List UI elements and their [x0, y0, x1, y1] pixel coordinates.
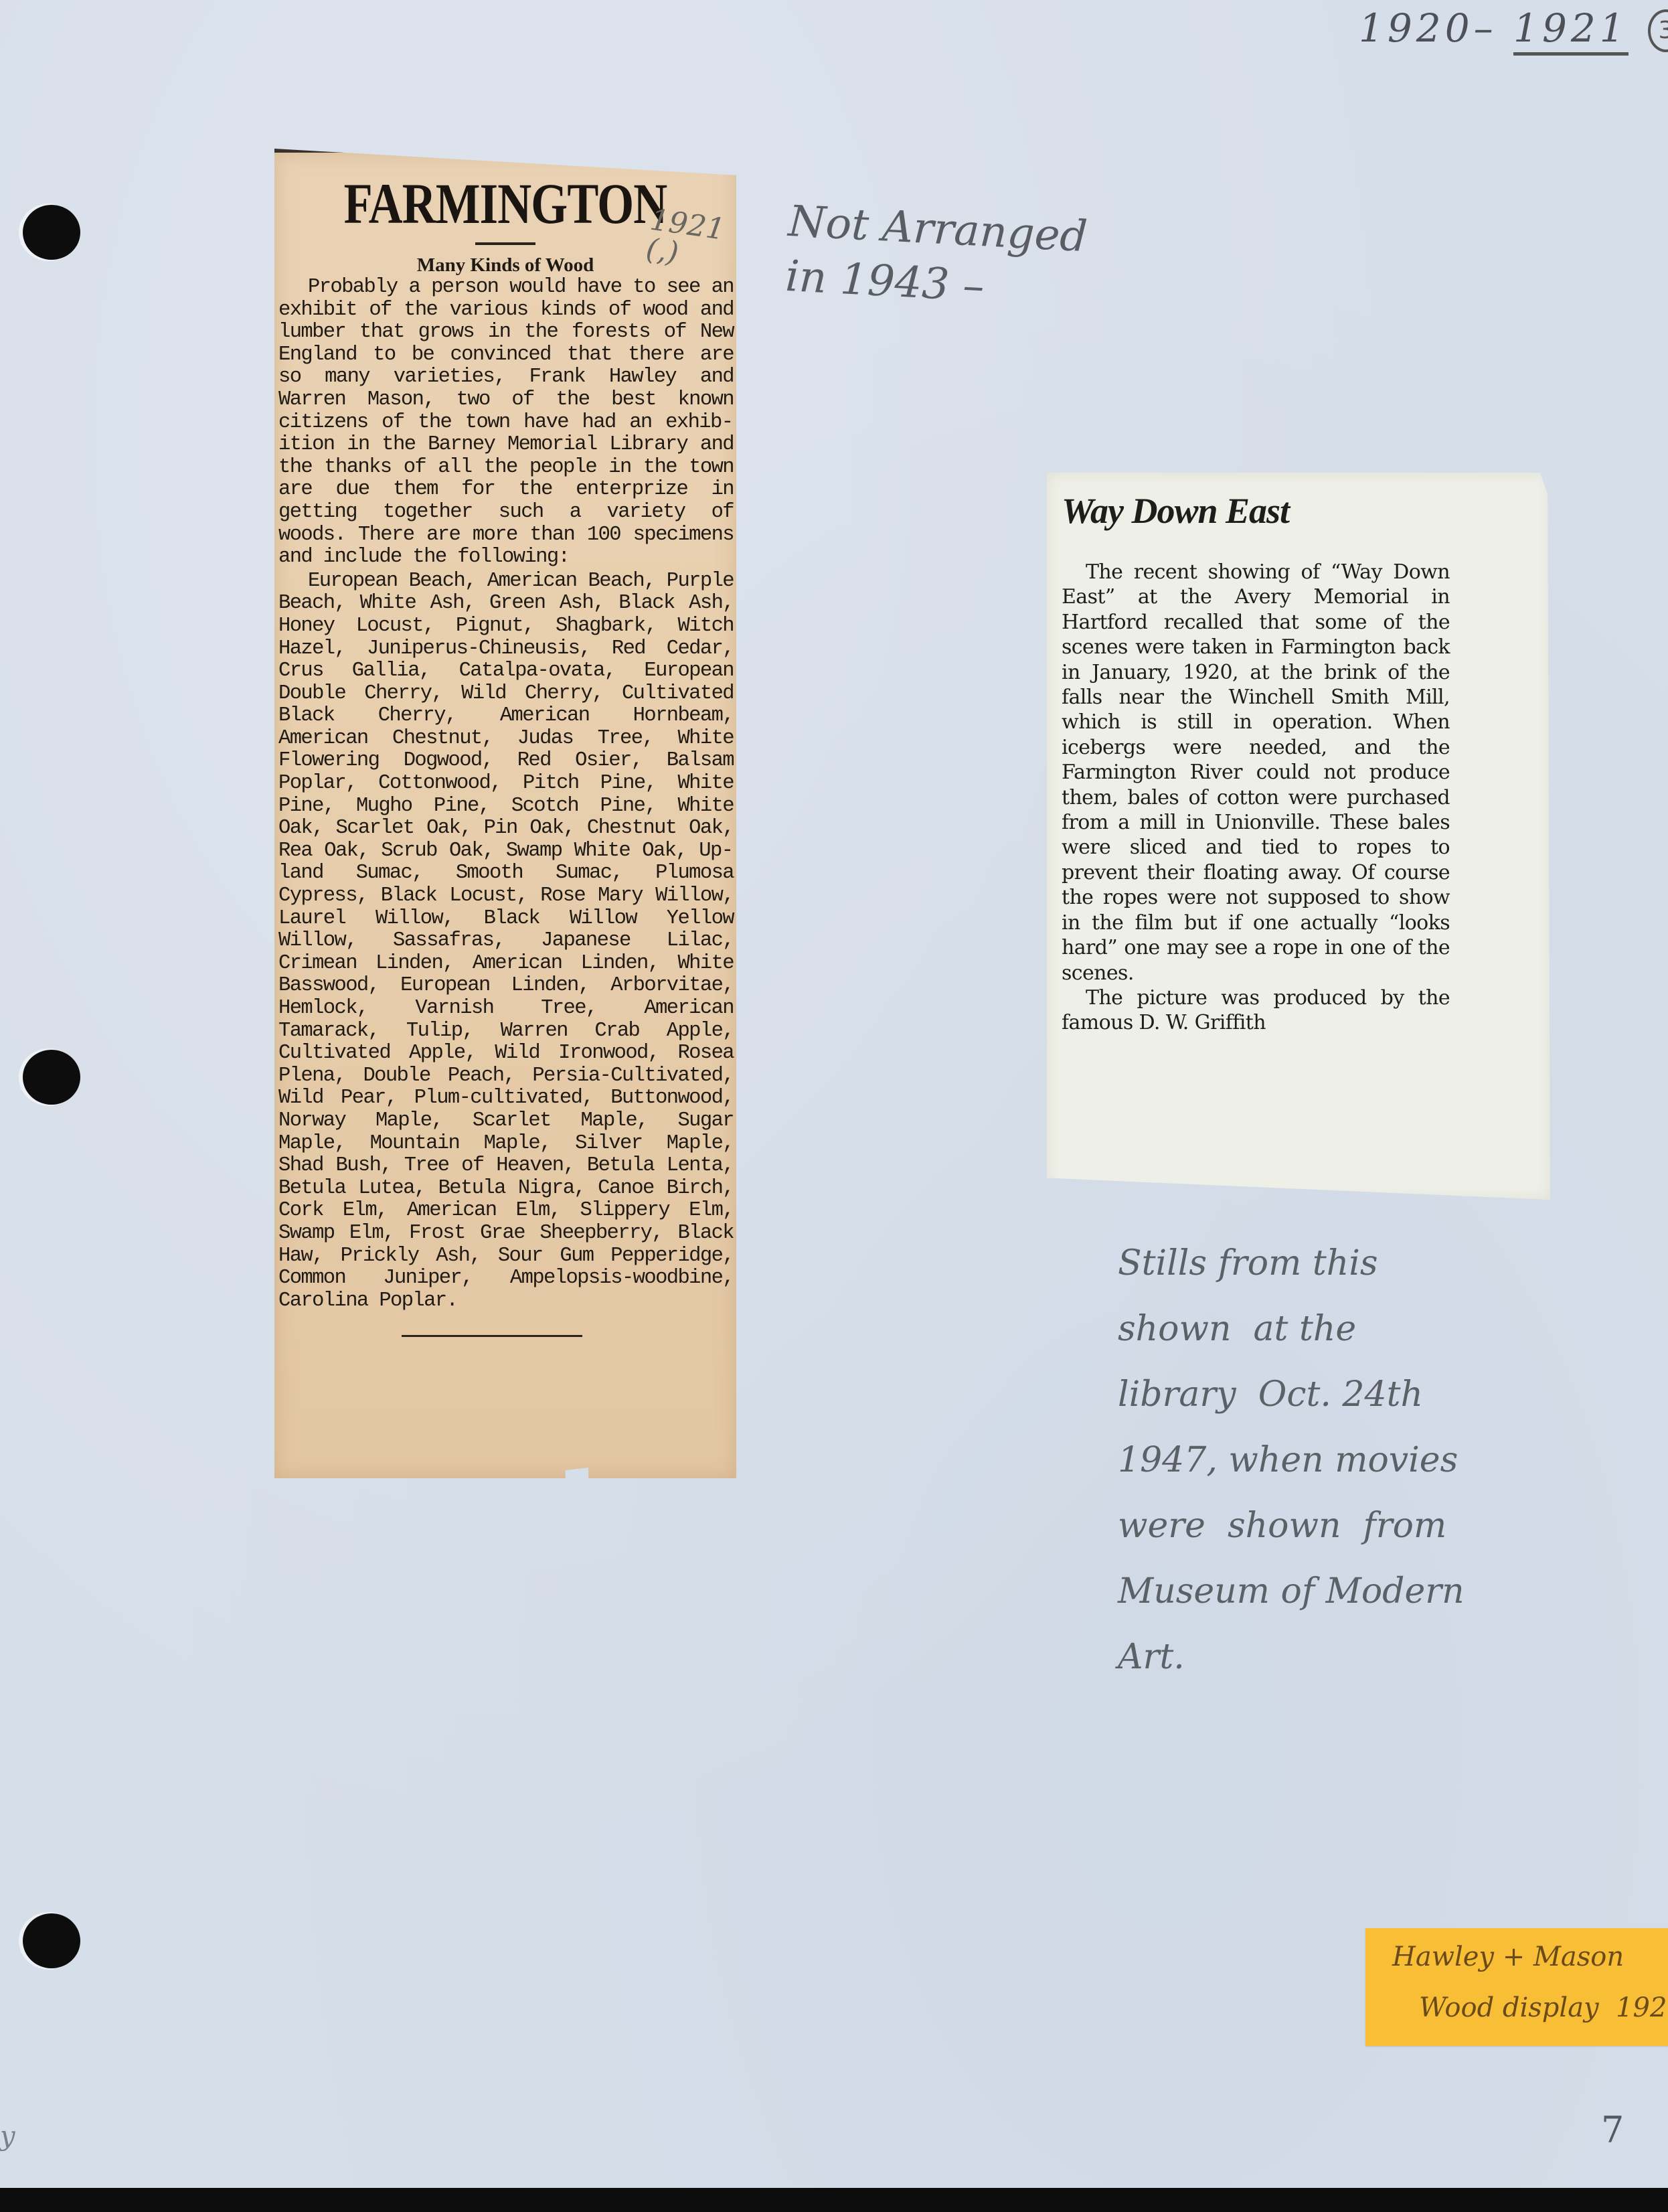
- punch-hole: [23, 1050, 80, 1105]
- divider: [475, 242, 535, 245]
- clipping-body: Probably a person would have to see an e…: [274, 276, 736, 1312]
- note-line: library Oct. 24th: [1118, 1362, 1465, 1427]
- note-line: Art.: [1118, 1624, 1465, 1690]
- sticky-label: Hawley + Mason Wood display 1921: [1365, 1928, 1668, 2046]
- circled-number-mark: 3: [1648, 9, 1668, 52]
- scrapbook-page: 1920– 1921 3 Not Arrangedin 1943 – FARMI…: [0, 0, 1668, 2188]
- scan-bottom-border: [0, 2188, 1668, 2212]
- year-end: 1921: [1513, 5, 1629, 56]
- note-line: Museum of Modern: [1118, 1559, 1465, 1624]
- newspaper-clipping-farmington: FARMINGTON Many Kinds of Wood Probably a…: [274, 149, 736, 1478]
- sticky-label-line: Hawley + Mason: [1392, 1942, 1624, 1972]
- note-line: Stills from this: [1118, 1231, 1465, 1296]
- punch-hole: [23, 205, 80, 260]
- margin-mark: y: [0, 2121, 15, 2152]
- clipping-paragraph: The recent showing of “Way Down East” at…: [1062, 560, 1450, 985]
- clipping-paragraph: The picture was produced by the famous D…: [1062, 985, 1450, 1036]
- newspaper-clipping-way-down-east: Way Down East The recent showing of “Way…: [1047, 473, 1550, 1200]
- clipping-paragraph: Probably a person would have to see an e…: [278, 276, 734, 569]
- stills-handwritten-note: Stills from thisshown at thelibrary Oct.…: [1118, 1231, 1465, 1690]
- page-number: 7: [1601, 2109, 1624, 2151]
- year-start: 1920–: [1359, 5, 1497, 51]
- pencil-date-annotation: 1921(,): [644, 206, 726, 274]
- note-line: 1947, when movies: [1118, 1427, 1465, 1493]
- clipping-body: The recent showing of “Way Down East” at…: [1062, 560, 1450, 1036]
- punch-hole: [23, 1913, 80, 1968]
- sticky-label-line: Wood display 1921: [1419, 1992, 1668, 2023]
- note-line: shown at the: [1118, 1296, 1465, 1362]
- year-range-note: 1920– 1921: [1359, 5, 1629, 51]
- torn-rule: [1315, 1198, 1448, 1200]
- not-arranged-note: Not Arrangedin 1943 –: [784, 194, 1088, 319]
- note-line: were shown from: [1118, 1493, 1465, 1559]
- clipping-title: Way Down East: [1062, 490, 1550, 532]
- end-rule: [402, 1335, 582, 1337]
- wood-species-list: European Beach, American Beach, Purple B…: [278, 570, 734, 1313]
- clipping-masthead: FARMINGTON: [316, 170, 695, 237]
